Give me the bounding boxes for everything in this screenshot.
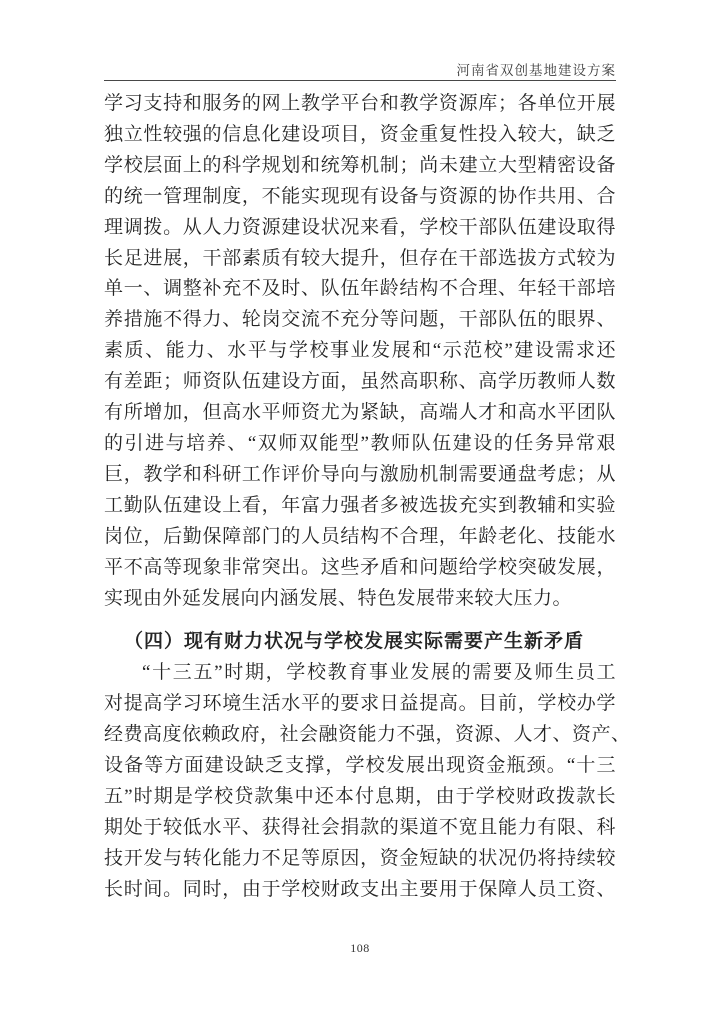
text-line: 有差距；师资队伍建设方面，虽然高职称、高学历教师人数 xyxy=(104,367,616,398)
text-line: 五”时期是学校贷款集中还本付息期，由于学校财政拨款长 xyxy=(104,782,616,813)
text-line: 的引进与培养、“双师双能型”教师队伍建设的任务异常艰 xyxy=(104,429,616,460)
text-line: 长时间。同时，由于学校财政支出主要用于保障人员工资、 xyxy=(104,875,616,906)
text-line: 对提高学习环境生活水平的要求日益提高。目前，学校办学 xyxy=(104,689,616,720)
document-page: 河南省双创基地建设方案 学习支持和服务的网上教学平台和教学资源库；各单位开展 独… xyxy=(0,0,720,1018)
text-line: 单一、调整补充不及时、队伍年龄结构不合理、年轻干部培 xyxy=(104,274,616,305)
document-body: 学习支持和服务的网上教学平台和教学资源库；各单位开展 独立性较强的信息化建设项目… xyxy=(104,89,616,906)
text-line: 独立性较强的信息化建设项目，资金重复性投入较大，缺乏 xyxy=(104,120,616,151)
text-line: 学习支持和服务的网上教学平台和教学资源库；各单位开展 xyxy=(104,89,616,120)
text-line: 工勤队伍建设上看，年富力强者多被选拔充实到教辅和实验 xyxy=(104,491,616,522)
text-line: 岗位，后勤保障部门的人员结构不合理，年龄老化、技能水 xyxy=(104,522,616,553)
text-line: 实现由外延发展向内涵发展、特色发展带来较大压力。 xyxy=(104,584,616,615)
text-line: 技开发与转化能力不足等原因，资金短缺的状况仍将持续较 xyxy=(104,844,616,875)
text-line: 养措施不得力、轮岗交流不充分等问题，干部队伍的眼界、 xyxy=(104,305,616,336)
text-line: “十三五”时期，学校教育事业发展的需要及师生员工 xyxy=(104,658,616,689)
text-line: 素质、能力、水平与学校事业发展和“示范校”建设需求还 xyxy=(104,336,616,367)
text-line: 巨，教学和科研工作评价导向与激励机制需要通盘考虑；从 xyxy=(104,460,616,491)
header-title: 河南省双创基地建设方案 xyxy=(457,63,617,78)
text-line: 理调拨。从人力资源建设状况来看，学校干部队伍建设取得 xyxy=(104,213,616,244)
page-footer: 108 xyxy=(0,941,720,956)
text-line: 的统一管理制度，不能实现现有设备与资源的协作共用、合 xyxy=(104,182,616,213)
text-line: 学校层面上的科学规划和统筹机制；尚未建立大型精密设备 xyxy=(104,151,616,182)
text-line: 长足进展，干部素质有较大提升，但存在干部选拔方式较为 xyxy=(104,244,616,275)
header-divider xyxy=(104,80,616,81)
text-line: 经费高度依赖政府，社会融资能力不强，资源、人才、资产、 xyxy=(104,720,616,751)
section-heading: （四）现有财力状况与学校发展实际需要产生新矛盾 xyxy=(104,627,616,658)
text-line: 设备等方面建设缺乏支撑，学校发展出现资金瓶颈。“十三 xyxy=(104,751,616,782)
text-line: 有所增加，但高水平师资尤为紧缺，高端人才和高水平团队 xyxy=(104,398,616,429)
page-number: 108 xyxy=(350,941,370,955)
page-header: 河南省双创基地建设方案 xyxy=(104,59,616,79)
text-line: 期处于较低水平、获得社会捐款的渠道不宽且能力有限、科 xyxy=(104,813,616,844)
text-line: 平不高等现象非常突出。这些矛盾和问题给学校突破发展， xyxy=(104,553,616,584)
